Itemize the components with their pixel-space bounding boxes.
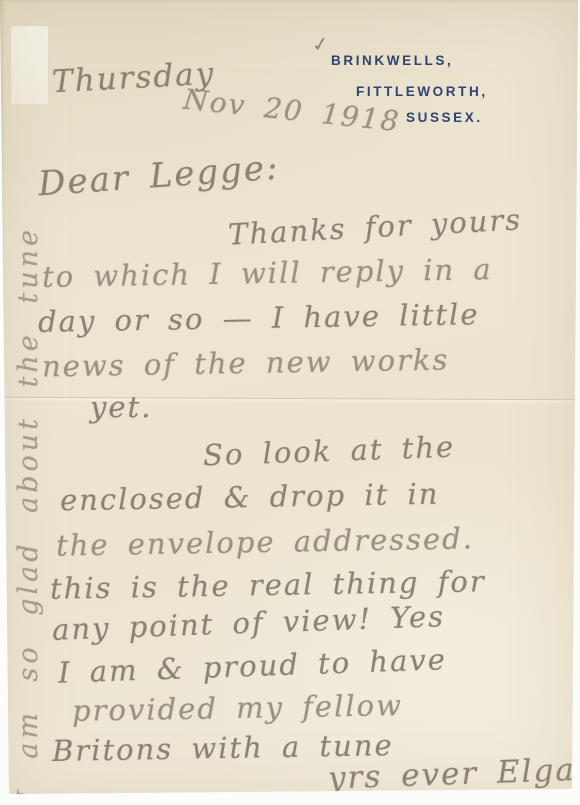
letterhead-line-1: BRINKWELLS, [331,53,453,68]
fold-crease [0,397,580,405]
letterhead-line-3: SUSSEX. [406,110,483,125]
letter-line: Thanks for yours [227,202,523,251]
letter-line: So look at the [202,430,455,473]
letter-line: provided my fellow [72,688,403,728]
letter-line: to which I will reply in a [42,252,493,294]
margin-note: I am so glad about the tune [13,241,47,801]
checkmark-annotation: ✓ [310,31,330,57]
letter-line: I am & proud to have [58,642,448,690]
letter-line: day or so — I have little [38,297,480,339]
letter-line: the envelope addressed. [56,521,474,562]
letter-line: enclosed & drop it in [60,477,440,518]
salutation: Dear Legge: [37,148,281,205]
letter-line: any point of view! Yes [52,599,446,647]
letter-line: yet. [90,390,152,424]
letterhead-line-2: FITTLEWORTH, [356,84,488,99]
letter-line: news of the new works [42,342,450,383]
letter-paper: ✓ BRINKWELLS, FITTLEWORTH, SUSSEX. Thurs… [0,0,580,805]
tape-hinge-mark [10,25,49,105]
